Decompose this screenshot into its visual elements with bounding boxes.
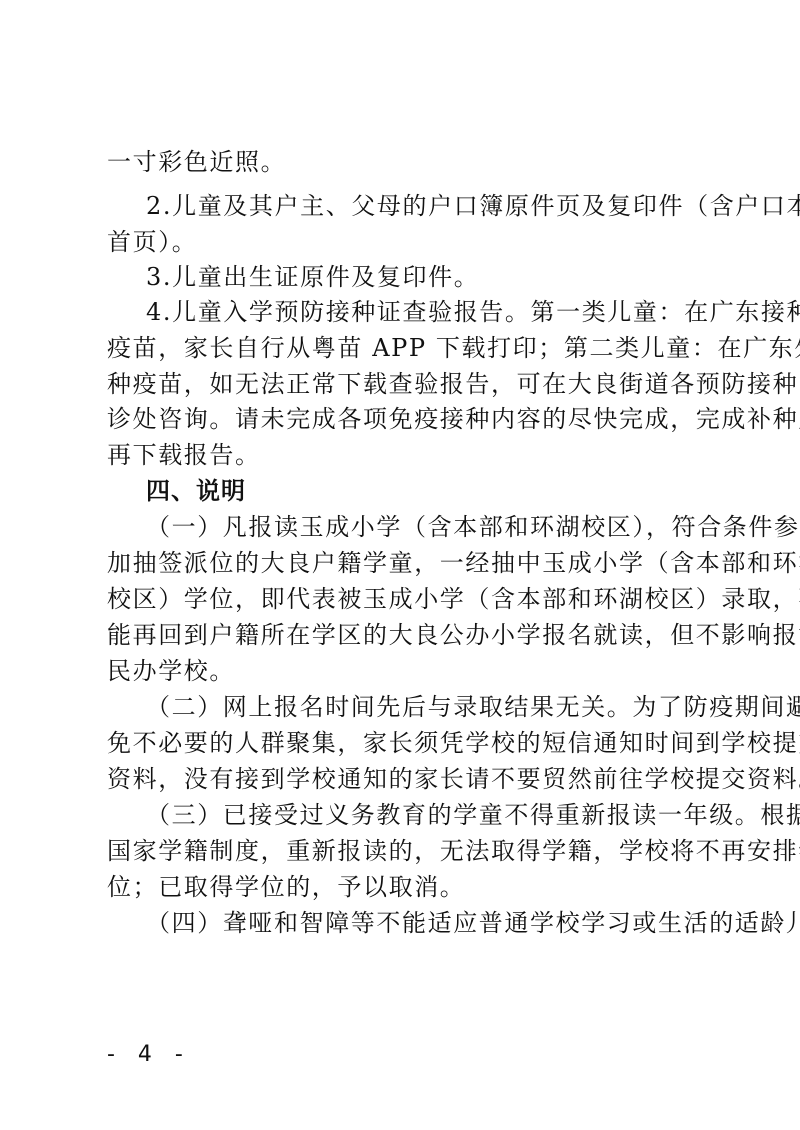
text-line: 免不必要的人群聚集，家长须凭学校的短信通知时间到学校提交 bbox=[107, 728, 701, 758]
text-line: 能再回到户籍所在学区的大良公办小学报名就读，但不影响报读 bbox=[107, 620, 701, 650]
text-line: 校区）学位，即代表被玉成小学（含本部和环湖校区）录取，不 bbox=[107, 584, 701, 614]
section-heading: 四、说明 bbox=[146, 476, 701, 506]
paragraph-3: （三）已接受过义务教育的学童不得重新报读一年级。根据 bbox=[146, 800, 701, 830]
text-line: 诊处咨询。请未完成各项免疫接种内容的尽快完成，完成补种后 bbox=[107, 404, 701, 434]
text-line: 资料，没有接到学校通知的家长请不要贸然前往学校提交资料。 bbox=[107, 764, 701, 794]
text-line: 再下载报告。 bbox=[107, 440, 701, 470]
text-line: 疫苗，家长自行从粤苗 APP 下载打印；第二类儿童：在广东外接 bbox=[107, 333, 701, 363]
paragraph-1: （一）凡报读玉成小学（含本部和环湖校区），符合条件参 bbox=[146, 512, 701, 542]
text-line: 种疫苗，如无法正常下载查验报告，可在大良街道各预防接种门 bbox=[107, 369, 701, 399]
paragraph-2: （二）网上报名时间先后与录取结果无关。为了防疫期间避 bbox=[146, 692, 701, 722]
text-line: 加抽签派位的大良户籍学童，一经抽中玉成小学（含本部和环湖 bbox=[107, 548, 701, 578]
text-line: 首页）。 bbox=[107, 227, 701, 257]
text-line: 国家学籍制度，重新报读的，无法取得学籍，学校将不再安排学 bbox=[107, 836, 701, 866]
text-line: 一寸彩色近照。 bbox=[107, 147, 701, 177]
list-item-3: 3.儿童出生证原件及复印件。 bbox=[146, 262, 701, 292]
text-line: 民办学校。 bbox=[107, 656, 701, 686]
list-item-2: 2.儿童及其户主、父母的户口簿原件页及复印件（含户口本 bbox=[146, 191, 701, 221]
page-number: - 4 - bbox=[107, 1042, 191, 1067]
text-line: 位；已取得学位的，予以取消。 bbox=[107, 872, 701, 902]
document-page: 一寸彩色近照。 2.儿童及其户主、父母的户口簿原件页及复印件（含户口本 首页）。… bbox=[0, 0, 800, 1130]
list-item-4: 4.儿童入学预防接种证查验报告。第一类儿童：在广东接种 bbox=[146, 297, 701, 327]
paragraph-4: （四）聋哑和智障等不能适应普通学校学习或生活的适龄儿 bbox=[146, 908, 701, 938]
